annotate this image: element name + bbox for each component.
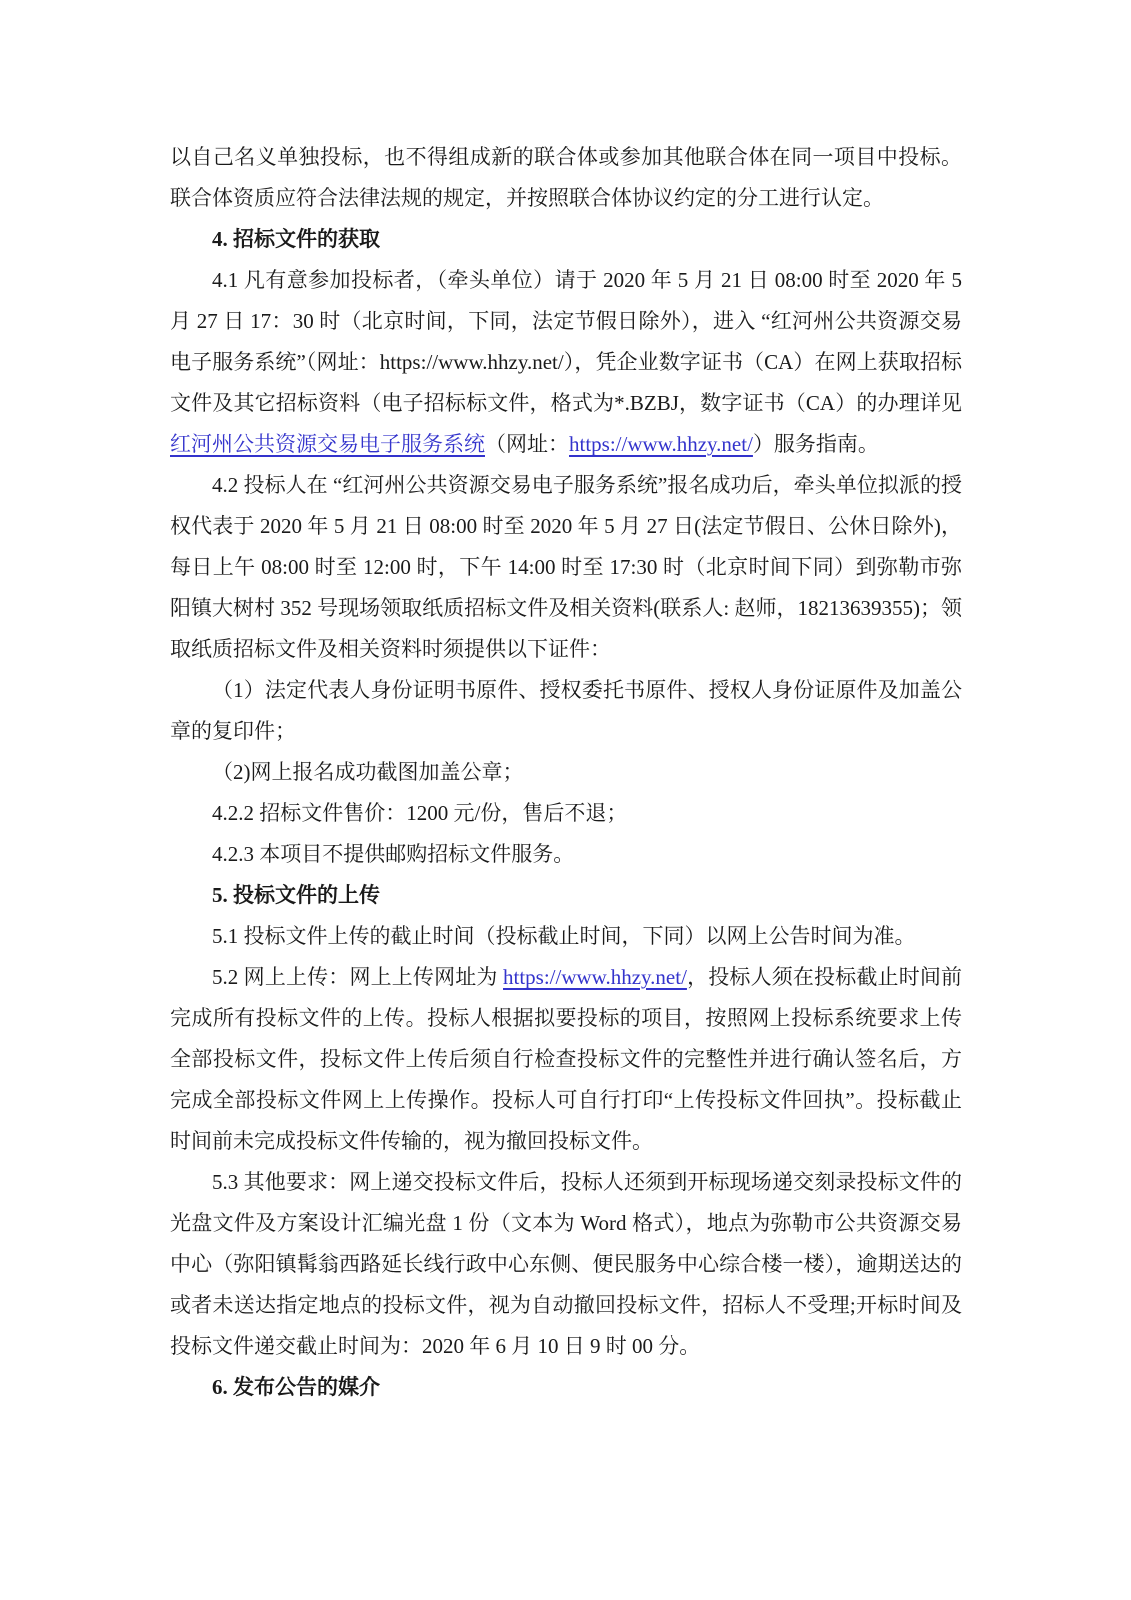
hyperlink[interactable]: 红河州公共资源交易电子服务系统: [170, 432, 485, 456]
text-run: 5.3 其他要求：网上递交投标文件后，投标人还须到开标现场递交刻录投标文件的光盘…: [170, 1170, 962, 1358]
paragraph: 4.2 投标人在 “红河州公共资源交易电子服务系统”报名成功后，牵头单位拟派的授…: [170, 465, 962, 670]
text-run: 5.1 投标文件上传的截止时间（投标截止时间，下同）以网上公告时间为准。: [212, 924, 916, 948]
text-run: 4.2.2 招标文件售价：1200 元/份，售后不退；: [212, 801, 627, 825]
document-body: 以自己名义单独投标，也不得组成新的联合体或参加其他联合体在同一项目中投标。联合体…: [170, 137, 962, 1408]
paragraph: 5.3 其他要求：网上递交投标文件后，投标人还须到开标现场递交刻录投标文件的光盘…: [170, 1162, 962, 1367]
text-run: 以自己名义单独投标，也不得组成新的联合体或参加其他联合体在同一项目中投标。联合体…: [170, 145, 962, 210]
paragraph: 4.1 凡有意参加投标者，（牵头单位）请于 2020 年 5 月 21 日 08…: [170, 260, 962, 465]
text-run: 6. 发布公告的媒介: [212, 1375, 380, 1399]
text-run: ，投标人须在投标截止时间前完成所有投标文件的上传。投标人根据拟要投标的项目，按照…: [170, 965, 962, 1153]
text-run: （1）法定代表人身份证明书原件、授权委托书原件、授权人身份证原件及加盖公章的复印…: [170, 678, 962, 743]
section-heading: 5. 投标文件的上传: [170, 875, 962, 916]
paragraph: 5.1 投标文件上传的截止时间（投标截止时间，下同）以网上公告时间为准。: [170, 916, 962, 957]
hyperlink[interactable]: https://www.hhzy.net/: [503, 965, 687, 989]
hyperlink[interactable]: https://www.hhzy.net/: [569, 432, 753, 456]
text-run: 4.2.3 本项目不提供邮购招标文件服务。: [212, 842, 574, 866]
paragraph: 4.2.3 本项目不提供邮购招标文件服务。: [170, 834, 962, 875]
text-run: （网址：: [485, 432, 569, 456]
text-run: ）服务指南。: [753, 432, 879, 456]
text-run: 5.2 网上上传：网上上传网址为: [212, 965, 503, 989]
paragraph: （2)网上报名成功截图加盖公章；: [170, 752, 962, 793]
paragraph: 4.2.2 招标文件售价：1200 元/份，售后不退；: [170, 793, 962, 834]
paragraph: 以自己名义单独投标，也不得组成新的联合体或参加其他联合体在同一项目中投标。联合体…: [170, 137, 962, 219]
section-heading: 4. 招标文件的获取: [170, 219, 962, 260]
text-run: 5. 投标文件的上传: [212, 883, 380, 907]
text-run: 4.1 凡有意参加投标者，（牵头单位）请于 2020 年 5 月 21 日 08…: [170, 268, 962, 415]
text-run: 4.2 投标人在 “红河州公共资源交易电子服务系统”报名成功后，牵头单位拟派的授…: [170, 473, 962, 661]
text-run: 4. 招标文件的获取: [212, 227, 380, 251]
text-run: （2)网上报名成功截图加盖公章；: [212, 760, 524, 784]
paragraph: （1）法定代表人身份证明书原件、授权委托书原件、授权人身份证原件及加盖公章的复印…: [170, 670, 962, 752]
document-page: 以自己名义单独投标，也不得组成新的联合体或参加其他联合体在同一项目中投标。联合体…: [0, 0, 1131, 1600]
paragraph: 5.2 网上上传：网上上传网址为 https://www.hhzy.net/，投…: [170, 957, 962, 1162]
section-heading: 6. 发布公告的媒介: [170, 1367, 962, 1408]
